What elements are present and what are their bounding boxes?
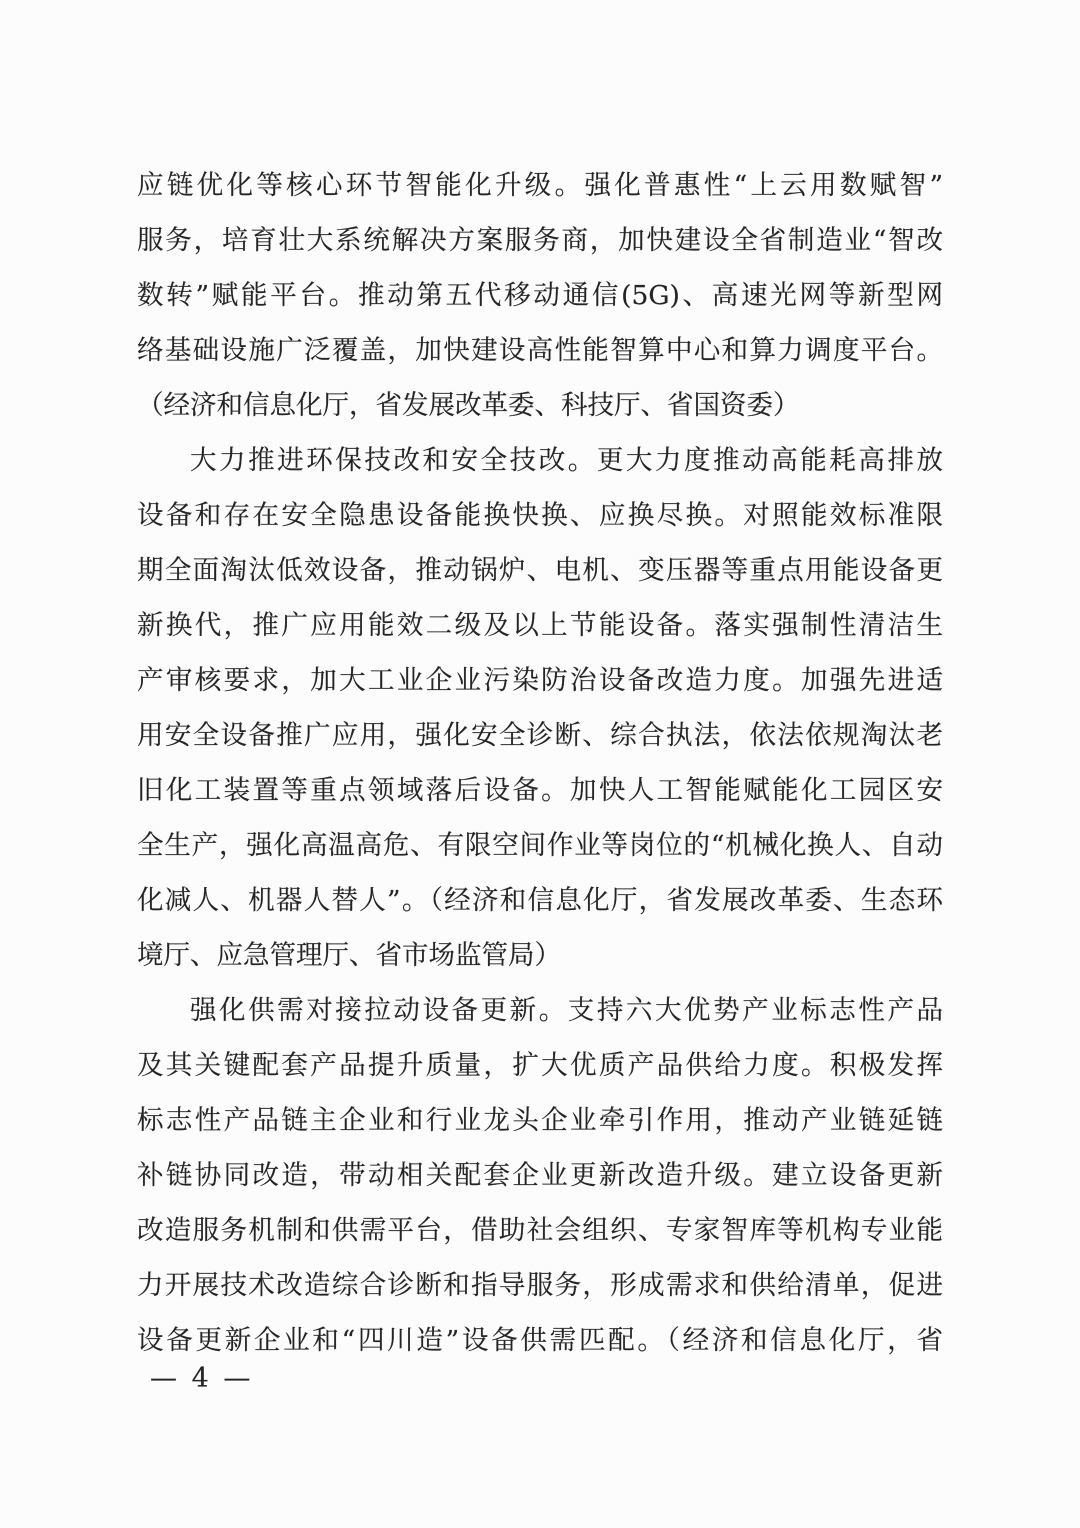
page-number: — 4 — [150,1358,253,1400]
document-line: （经济和信息化厅，省发展改革委、科技厅、省国资委） [137,378,943,433]
document-line: 新换代，推广应用能效二级及以上节能设备。落实强制性清洁生 [137,598,943,653]
document-line: 全生产，强化高温高危、有限空间作业等岗位的“机械化换人、自动 [137,818,943,873]
document-line: 及其关键配套产品提升质量，扩大优质产品供给力度。积极发挥 [137,1038,943,1093]
document-line: 大力推进环保技改和安全技改。更大力度推动高能耗高排放 [137,433,943,488]
document-line: 境厅、应急管理厅、省市场监管局） [137,928,943,983]
document-line: 设备更新企业和“四川造”设备供需匹配。（经济和信息化厅，省 [137,1313,943,1368]
document-page: 应链优化等核心环节智能化升级。强化普惠性“上云用数赋智” 服务，培育壮大系统解决… [0,0,1080,1528]
document-line: 强化供需对接拉动设备更新。支持六大优势产业标志性产品 [137,983,943,1038]
document-line: 旧化工装置等重点领域落后设备。加快人工智能赋能化工园区安 [137,763,943,818]
document-line: 服务，培育壮大系统解决方案服务商，加快建设全省制造业“智改 [137,213,943,268]
document-text-block: 应链优化等核心环节智能化升级。强化普惠性“上云用数赋智” 服务，培育壮大系统解决… [137,158,943,1368]
document-line: 改造服务机制和供需平台，借助社会组织、专家智库等机构专业能 [137,1203,943,1258]
document-line: 补链协同改造，带动相关配套企业更新改造升级。建立设备更新 [137,1148,943,1203]
document-line: 期全面淘汰低效设备，推动锅炉、电机、变压器等重点用能设备更 [137,543,943,598]
document-line: 数转”赋能平台。推动第五代移动通信(5G)、高速光网等新型网 [137,268,943,323]
document-line: 应链优化等核心环节智能化升级。强化普惠性“上云用数赋智” [137,158,943,213]
document-line: 设备和存在安全隐患设备能换快换、应换尽换。对照能效标准限 [137,488,943,543]
document-line: 力开展技术改造综合诊断和指导服务，形成需求和供给清单，促进 [137,1258,943,1313]
document-line: 络基础设施广泛覆盖，加快建设高性能智算中心和算力调度平台。 [137,323,943,378]
document-line: 用安全设备推广应用，强化安全诊断、综合执法，依法依规淘汰老 [137,708,943,763]
document-line: 化减人、机器人替人”。（经济和信息化厅，省发展改革委、生态环 [137,873,943,928]
document-line: 产审核要求，加大工业企业污染防治设备改造力度。加强先进适 [137,653,943,708]
document-line: 标志性产品链主企业和行业龙头企业牵引作用，推动产业链延链 [137,1093,943,1148]
